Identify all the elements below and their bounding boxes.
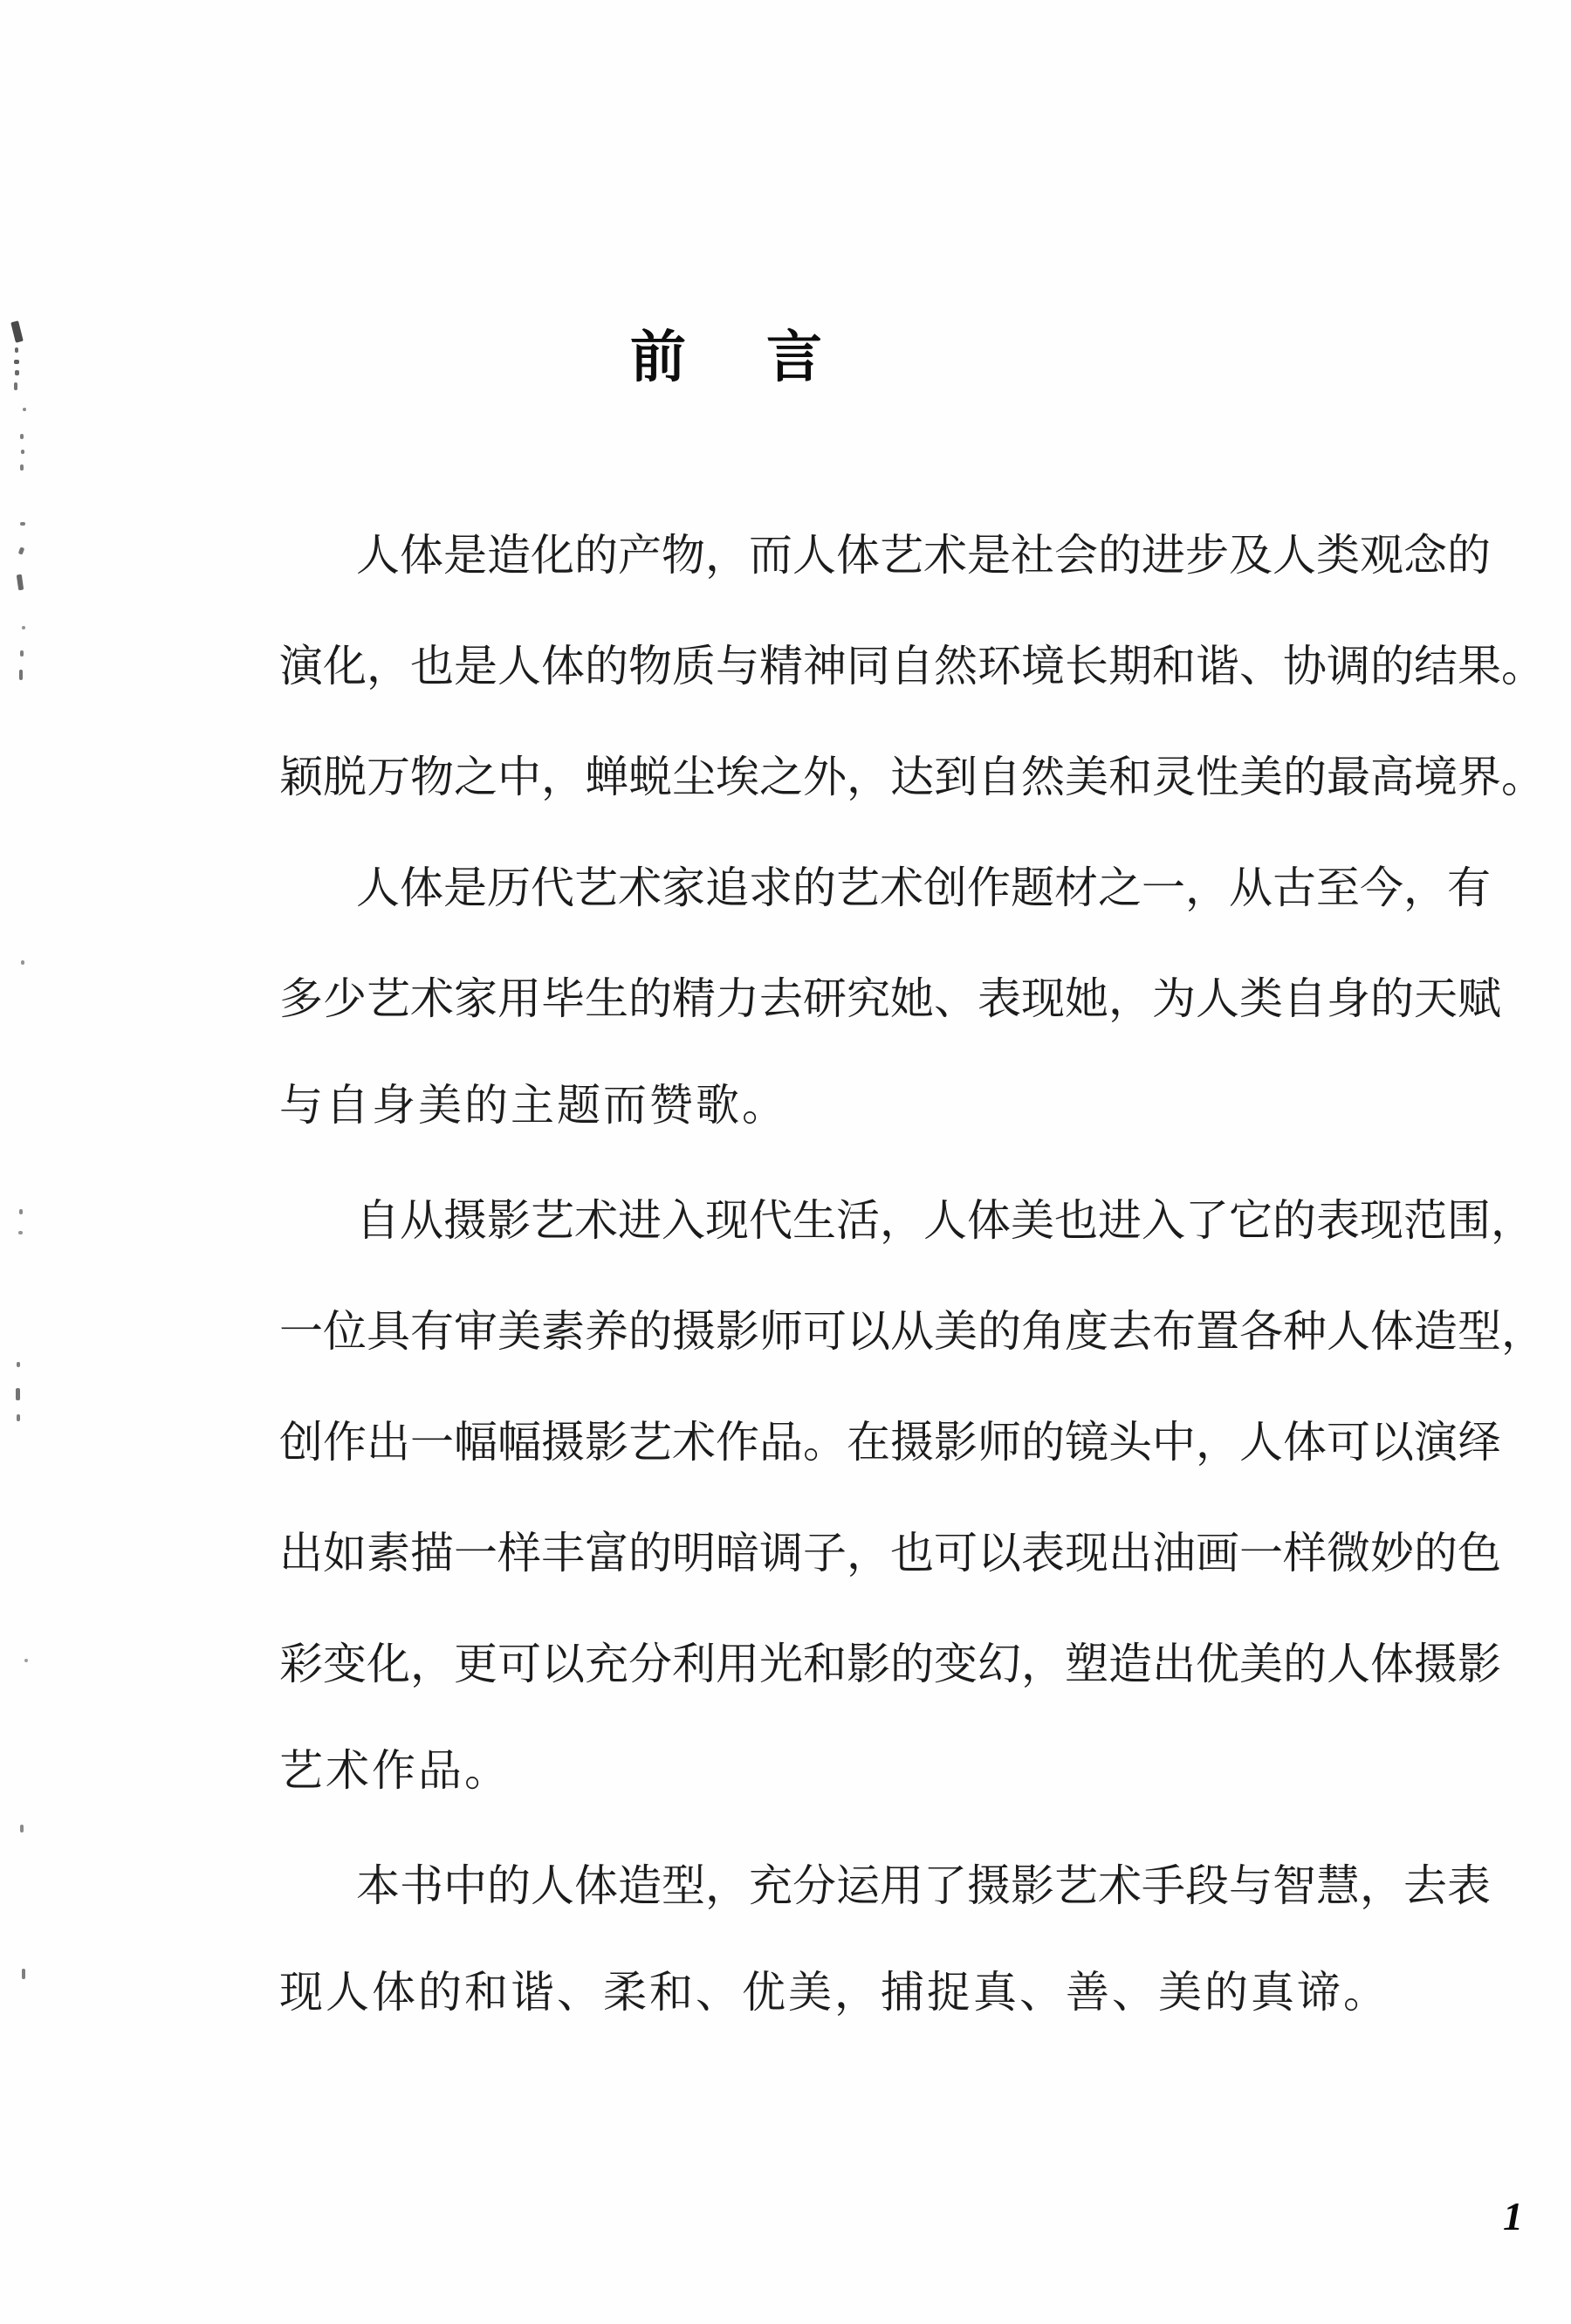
scan-speck (18, 1231, 23, 1234)
scan-speck (20, 650, 24, 657)
text-line: 与自身美的主题而赞歌。 (279, 1050, 1405, 1161)
scan-speck (21, 450, 24, 454)
title-char-first: 前 (630, 325, 686, 389)
scan-speck (19, 670, 23, 680)
scan-speck (10, 320, 24, 342)
scan-speck (21, 960, 24, 965)
text-line: 出如素描一样丰富的明暗调子，也可以表现出油画一样微妙的色 (279, 1494, 1405, 1605)
scan-speck (20, 1825, 24, 1832)
text-line: 演化，也是人体的物质与精神同自然环境长期和谐、协调的结果。 (279, 607, 1405, 718)
scan-speck (23, 408, 26, 411)
scan-speck (17, 1414, 20, 1421)
scan-speck (17, 574, 24, 591)
scan-speck (18, 547, 24, 554)
scan-speck (15, 370, 19, 375)
page-title: 前 言 (630, 325, 822, 389)
text-line: 本书中的人体造型，充分运用了摄影艺术手段与智慧，去表 (279, 1826, 1405, 1937)
text-line: 多少艺术家用毕生的精力去研究她、表现她，为人类自身的天赋 (279, 939, 1405, 1050)
scan-speck (24, 1659, 28, 1662)
scan-speck (20, 434, 24, 439)
scan-speck (22, 626, 25, 629)
page-number: 1 (1503, 2193, 1523, 2239)
scan-speck (20, 522, 25, 526)
text-line: 创作出一幅幅摄影艺术作品。在摄影师的镜头中，人体可以演绎 (279, 1383, 1405, 1494)
scan-speck (20, 464, 24, 471)
scan-speck (22, 1969, 25, 1979)
scan-speck (17, 1362, 20, 1367)
text-line: 艺术作品。 (279, 1715, 1405, 1826)
text-line: 彩变化，更可以充分利用光和影的变幻，塑造出优美的人体摄影 (279, 1605, 1405, 1715)
scan-speck (14, 360, 19, 364)
preface-body: 人体是造化的产物，而人体艺术是社会的进步及人类观念的 演化，也是人体的物质与精神… (279, 496, 1405, 2048)
title-char-second: 言 (766, 325, 822, 389)
text-line: 人体是历代艺术家追求的艺术创作题材之一，从古至今，有 (279, 829, 1405, 939)
scan-speck (19, 1209, 23, 1214)
text-line: 一位具有审美素养的摄影师可以从美的角度去布置各种人体造型， (279, 1272, 1405, 1383)
scan-speck (14, 382, 17, 390)
text-line: 颖脱万物之中，蝉蜕尘埃之外，达到自然美和灵性美的最高境界。 (279, 718, 1405, 829)
scanned-book-page: 前 言 人体是造化的产物，而人体艺术是社会的进步及人类观念的 演化，也是人体的物… (0, 0, 1571, 2324)
text-line: 人体是造化的产物，而人体艺术是社会的进步及人类观念的 (279, 496, 1405, 607)
text-line: 自从摄影艺术进入现代生活，人体美也进入了它的表现范围， (279, 1161, 1405, 1272)
scan-speck (15, 347, 18, 353)
text-line: 现人体的和谐、柔和、优美，捕捉真、善、美的真谛。 (279, 1937, 1405, 2048)
scan-speck (16, 1388, 20, 1400)
